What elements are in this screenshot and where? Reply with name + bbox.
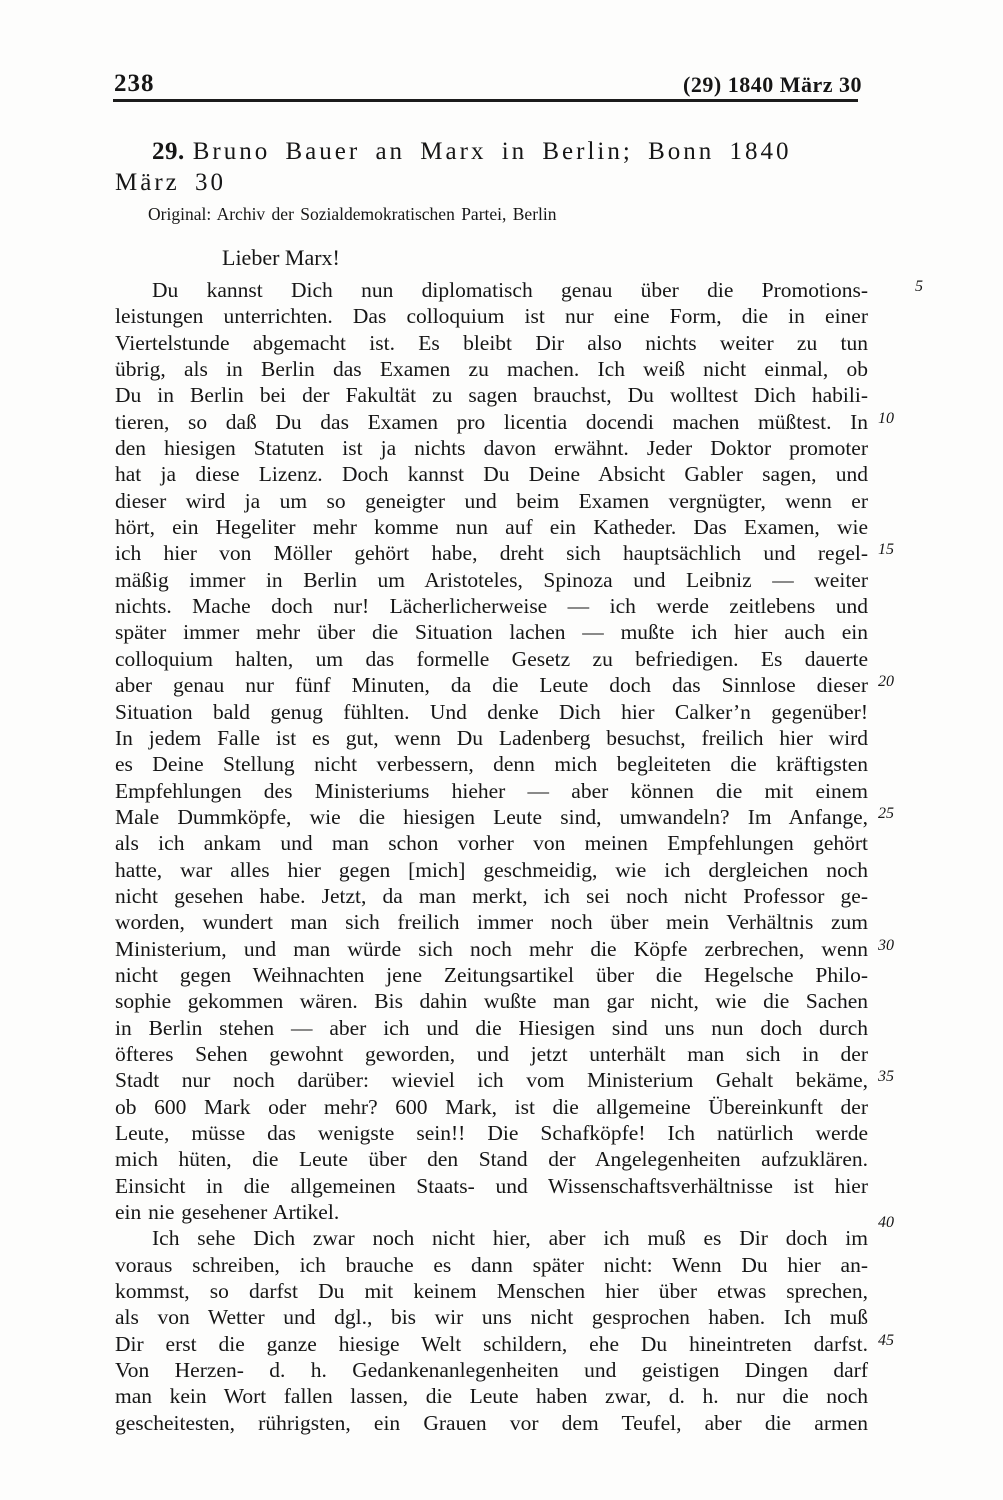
margin-line-number: 20	[878, 674, 894, 690]
letter-line: nicht gesehen habe. Jetzt, da man merkt,…	[115, 883, 868, 909]
margin-line-number: 15	[878, 542, 894, 558]
header-rule	[113, 99, 858, 102]
letter-line: Du in Berlin bei der Fakultät zu sagen b…	[115, 382, 868, 408]
letter-line: aber genau nur fünf Minuten, da die Leut…	[115, 672, 868, 698]
letter-line: als ich ankam und man schon vorher von m…	[115, 830, 868, 856]
letter-line: man kein Wort fallen lassen, die Leute h…	[115, 1383, 868, 1409]
letter-line: leistungen unterrichten. Das colloquium …	[115, 303, 868, 329]
letter-line: öfteres Sehen gewohnt geworden, und jetz…	[115, 1041, 868, 1067]
letter-line: übrig, als in Berlin das Examen zu mache…	[115, 356, 868, 382]
letter-line: hört, ein Hegeliter mehr komme nun auf e…	[115, 514, 868, 540]
letter-line: sophie gekommen wären. Bis dahin wußte m…	[115, 988, 868, 1014]
letter-line: ob 600 Mark oder mehr? 600 Mark, ist die…	[115, 1094, 868, 1120]
letter-title-line2: März 30	[115, 167, 868, 198]
letter-body: Du kannst Dich nun diplomatisch genau üb…	[115, 277, 868, 1436]
margin-line-number: 5	[878, 279, 923, 295]
salutation: Lieber Marx!	[222, 245, 868, 271]
letter-line: es Deine Stellung nicht verbessern, denn…	[115, 751, 868, 777]
letter-line: Male Dummköpfe, wie die hiesigen Leute s…	[115, 804, 868, 830]
letter-title: 29.Bruno Bauer an Marx in Berlin; Bonn 1…	[115, 136, 868, 198]
letter-line: worden, wundert man sich freilich immer …	[115, 909, 868, 935]
letter-line: hat ja diese Lizenz. Doch kannst Du Dein…	[115, 461, 868, 487]
letter-line: Viertelstunde abgemacht ist. Es bleibt D…	[115, 330, 868, 356]
margin-line-number: 25	[878, 806, 894, 822]
letter-line: Einsicht in die allgemeinen Staats- und …	[115, 1173, 868, 1199]
letter-line: tieren, so daß Du das Examen pro licenti…	[115, 409, 868, 435]
letter-line: dieser wird ja um so geneigter und beim …	[115, 488, 868, 514]
letter-line: Dir erst die ganze hiesige Welt schilder…	[115, 1331, 868, 1357]
letter-line: colloquium halten, um das formelle Geset…	[115, 646, 868, 672]
letter-line: Du kannst Dich nun diplomatisch genau üb…	[115, 277, 868, 303]
letter-line: den hiesigen Statuten ist ja nichts davo…	[115, 435, 868, 461]
letter-line: ein nie gesehener Artikel.40	[115, 1199, 868, 1225]
running-header: (29) 1840 März 30	[683, 72, 862, 98]
letter-line: Stadt nur noch darüber: wieviel ich vom …	[115, 1067, 868, 1093]
letter-line: nicht gegen Weihnachten jene Zeitungsart…	[115, 962, 868, 988]
letter-line: Von Herzen- d. h. Gedankenanlegenheiten …	[115, 1357, 868, 1383]
letter-line: Leute, müsse das wenigste sein!! Die Sch…	[115, 1120, 868, 1146]
letter-line: nichts. Mache doch nur! Lächerlicherweis…	[115, 593, 868, 619]
letter-line: mäßig immer in Berlin um Aristoteles, Sp…	[115, 567, 868, 593]
letter-title-line1: 29.Bruno Bauer an Marx in Berlin; Bonn 1…	[115, 136, 868, 167]
letter-line: voraus schreiben, ich brauche es dann sp…	[115, 1252, 868, 1278]
letter-line: kommst, so darfst Du mit keinem Menschen…	[115, 1278, 868, 1304]
margin-line-number: 10	[878, 411, 894, 427]
margin-line-number: 45	[878, 1333, 894, 1349]
source-note: Original: Archiv der Sozialdemokratische…	[148, 203, 868, 225]
paragraph: Ich sehe Dich zwar noch nicht hier, aber…	[115, 1225, 868, 1436]
paragraph: Du kannst Dich nun diplomatisch genau üb…	[115, 277, 868, 1225]
letter-line: hatte, war alles hier gegen [mich] gesch…	[115, 857, 868, 883]
page-number: 238	[114, 70, 155, 98]
letter-line: Situation bald genug fühlten. Und denke …	[115, 699, 868, 725]
letter-line: Ministerium, und man würde sich noch meh…	[115, 936, 868, 962]
letter-line: später immer mehr über die Situation lac…	[115, 619, 868, 645]
margin-line-number: 40	[878, 1215, 894, 1231]
letter-line: In jedem Falle ist es gut, wenn Du Laden…	[115, 725, 868, 751]
letter-line: ich hier von Möller gehört habe, dreht s…	[115, 540, 868, 566]
letter-line: mich hüten, die Leute über den Stand der…	[115, 1146, 868, 1172]
letter-line: als von Wetter und dgl., bis wir uns nic…	[115, 1304, 868, 1330]
letter-content: 29.Bruno Bauer an Marx in Berlin; Bonn 1…	[115, 136, 868, 1436]
letter-line: gescheitesten, rührigsten, ein Grauen vo…	[115, 1410, 868, 1436]
letter-number: 29.	[152, 138, 185, 165]
book-page: 238 (29) 1840 März 30 29.Bruno Bauer an …	[0, 0, 1003, 1500]
letter-line: in Berlin stehen — aber ich und die Hies…	[115, 1015, 868, 1041]
letter-title-text: Bruno Bauer an Marx in Berlin; Bonn 1840	[193, 138, 792, 165]
letter-line: Ich sehe Dich zwar noch nicht hier, aber…	[115, 1225, 868, 1251]
letter-line: Empfehlungen des Ministeriums hieher — a…	[115, 778, 868, 804]
margin-line-number: 35	[878, 1069, 894, 1085]
margin-line-number: 30	[878, 938, 894, 954]
